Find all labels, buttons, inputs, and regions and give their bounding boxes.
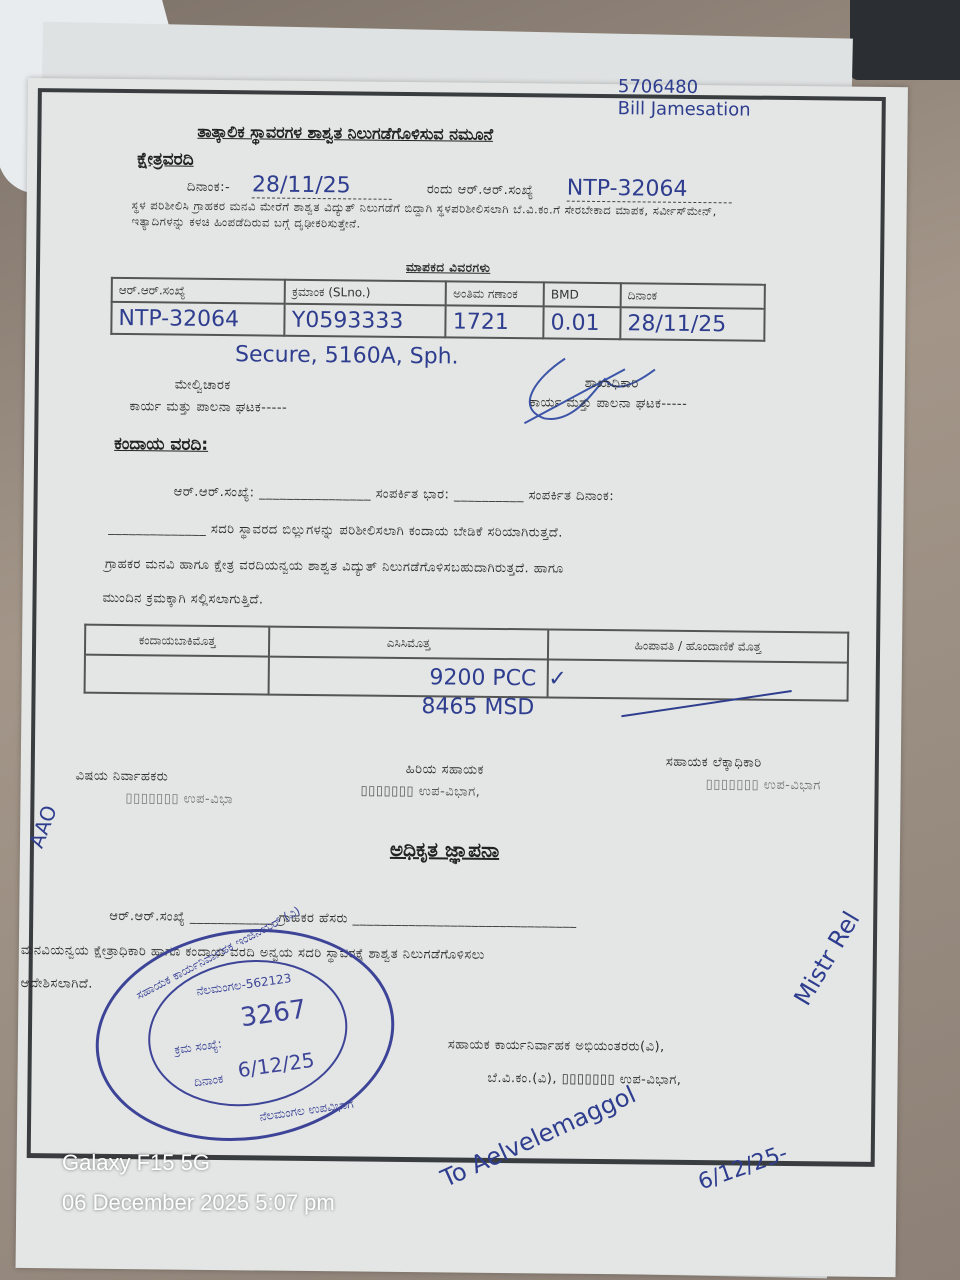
cell-serial: Y0593333	[285, 304, 446, 338]
supervisor-title: ಮೇಲ್ವಿಚಾರಕ	[175, 378, 231, 394]
senior-assistant-title: ಹಿರಿಯ ಸಹಾಯಕ	[406, 762, 484, 778]
account-number-note: 5706480	[618, 76, 751, 99]
case-worker-title: ವಿಷಯ ನಿರ್ವಾಹಕರು	[76, 769, 169, 785]
rr-label: ರಂದು ಆರ್.ಆರ್.ಸಂಖ್ಯೆ	[427, 182, 534, 198]
bill-note: Bill Jamesation	[618, 98, 751, 121]
date-label: ದಿನಾಂಕ:-	[187, 180, 231, 195]
camera-timestamp: 06 December 2025 5:07 pm	[62, 1190, 335, 1216]
cell-date: 28/11/25	[620, 307, 764, 341]
section-officer-title: ಶಾಖಾಧಿಕಾರಿ	[585, 376, 639, 392]
margin-note-top: 5706480 Bill Jamesation	[618, 76, 751, 121]
table-row: NTP-32064 Y0593333 1721 0.01 28/11/25	[111, 302, 764, 341]
handwritten-meter-note: Secure, 5160A, Sph.	[235, 342, 459, 369]
date-value: 28/11/25	[252, 172, 392, 199]
memo-line-3: ಆದೇಶಿಸಲಾಗಿದೆ.	[20, 976, 93, 992]
col-refund-adjustment: ಹಿಂಪಾವತಿ / ಹೊಂದಾಣಿಕೆ ಮೊತ್ತ	[548, 629, 849, 662]
supervisor-unit: ಕಾರ್ಯ ಮತ್ತು ಪಾಲನಾ ಘಟಕ-----	[129, 399, 287, 416]
cell-rr-number: NTP-32064	[111, 302, 285, 336]
senior-assistant-unit: ▯▯▯▯▯▯▯ ಉಪ-ವಿಭಾಗ,	[360, 784, 480, 800]
meter-details-table: ಆರ್.ಆರ್.ಸಂಖ್ಯೆ ಕ್ರಮಾಂಕ (SLno.) ಅಂತಿಮ ಗಣಾ…	[110, 277, 766, 342]
case-worker-unit: ▯▯▯▯▯▯▯ ಉಪ-ವಿಭಾ	[125, 791, 233, 807]
meter-table-caption: ಮಾಪಕದ ವಿವರಗಳು	[406, 260, 490, 276]
accounts-officer-unit: ▯▯▯▯▯▯▯ ಉಪ-ವಿಭಾಗ	[706, 777, 821, 793]
col-bmd: BMD	[544, 282, 621, 307]
cell-final-reading: 1721	[446, 305, 544, 338]
aee-title: ಸಹಾಯಕ ಕಾರ್ಯನಿರ್ವಾಹಕ ಅಭಿಯಂತರರು(ವಿ),	[448, 1037, 665, 1054]
col-serial: ಕ್ರಮಾಂಕ (SLno.)	[285, 280, 446, 306]
col-revenue-balance: ಕಂದಾಯಬಾಕಿಮೊತ್ತ	[85, 625, 270, 657]
rr-value: NTP-32064	[567, 176, 732, 204]
cell-revenue-balance	[85, 655, 270, 695]
accounts-officer-title: ಸಹಾಯಕ ಲೆಕ್ಕಾಧಿಕಾರಿ	[666, 755, 762, 771]
revenue-line-4: ಮುಂದಿನ ಕ್ರಮಕ್ಕಾಗಿ ಸಲ್ಲಿಸಲಾಗುತ್ತಿದೆ.	[102, 591, 263, 608]
col-acc-amount: ಎಸಿಸಿಮೊತ್ತ	[269, 627, 548, 660]
cell-bmd: 0.01	[543, 306, 620, 339]
official-memo-heading: ಅಧಿಕೃತ ಜ್ಞಾಪನಾ	[390, 837, 500, 862]
revenue-report-heading: ಕಂದಾಯ ವರದಿ:	[114, 434, 208, 455]
keyboard	[850, 0, 960, 80]
form-title: ತಾತ್ಕಾಲಿಕ ಸ್ಥಾವರಗಳ ಶಾಶ್ವತ ನಿಲುಗಡೆಗೊಳಿಸುವ…	[197, 122, 493, 145]
field-report-paragraph: ಸ್ಥಳ ಪರಿಶೀಲಿಸಿ ಗ್ರಾಹಕರ ಮನವಿ ಮೇರೆಗೆ ಶಾಶ್ವ…	[131, 197, 771, 236]
section-officer-unit: ಕಾರ್ಯ ಮತ್ತು ಪಾಲನಾ ಘಟಕ-----	[530, 395, 688, 412]
col-rr-number: ಆರ್.ಆರ್.ಸಂಖ್ಯೆ	[112, 278, 286, 304]
field-report-heading: ಕ್ಷೇತ್ರವರದಿ	[137, 149, 194, 170]
cell-acc-amount: 9200 PCC	[269, 657, 548, 698]
check-mark-icon	[621, 684, 801, 726]
camera-device-label: Galaxy F15 5G	[62, 1150, 210, 1176]
aee-unit: ಬೆ.ವಿ.ಕಂ.(ವಿ), ▯▯▯▯▯▯▯ ಉಪ-ವಿಭಾಗ,	[487, 1071, 681, 1088]
handwritten-msd-amount: 8465 MSD	[421, 694, 534, 720]
col-date: ದಿನಾಂಕ	[621, 283, 765, 309]
col-final-reading: ಅಂತಿಮ ಗಣಾಂಕ	[446, 281, 544, 306]
